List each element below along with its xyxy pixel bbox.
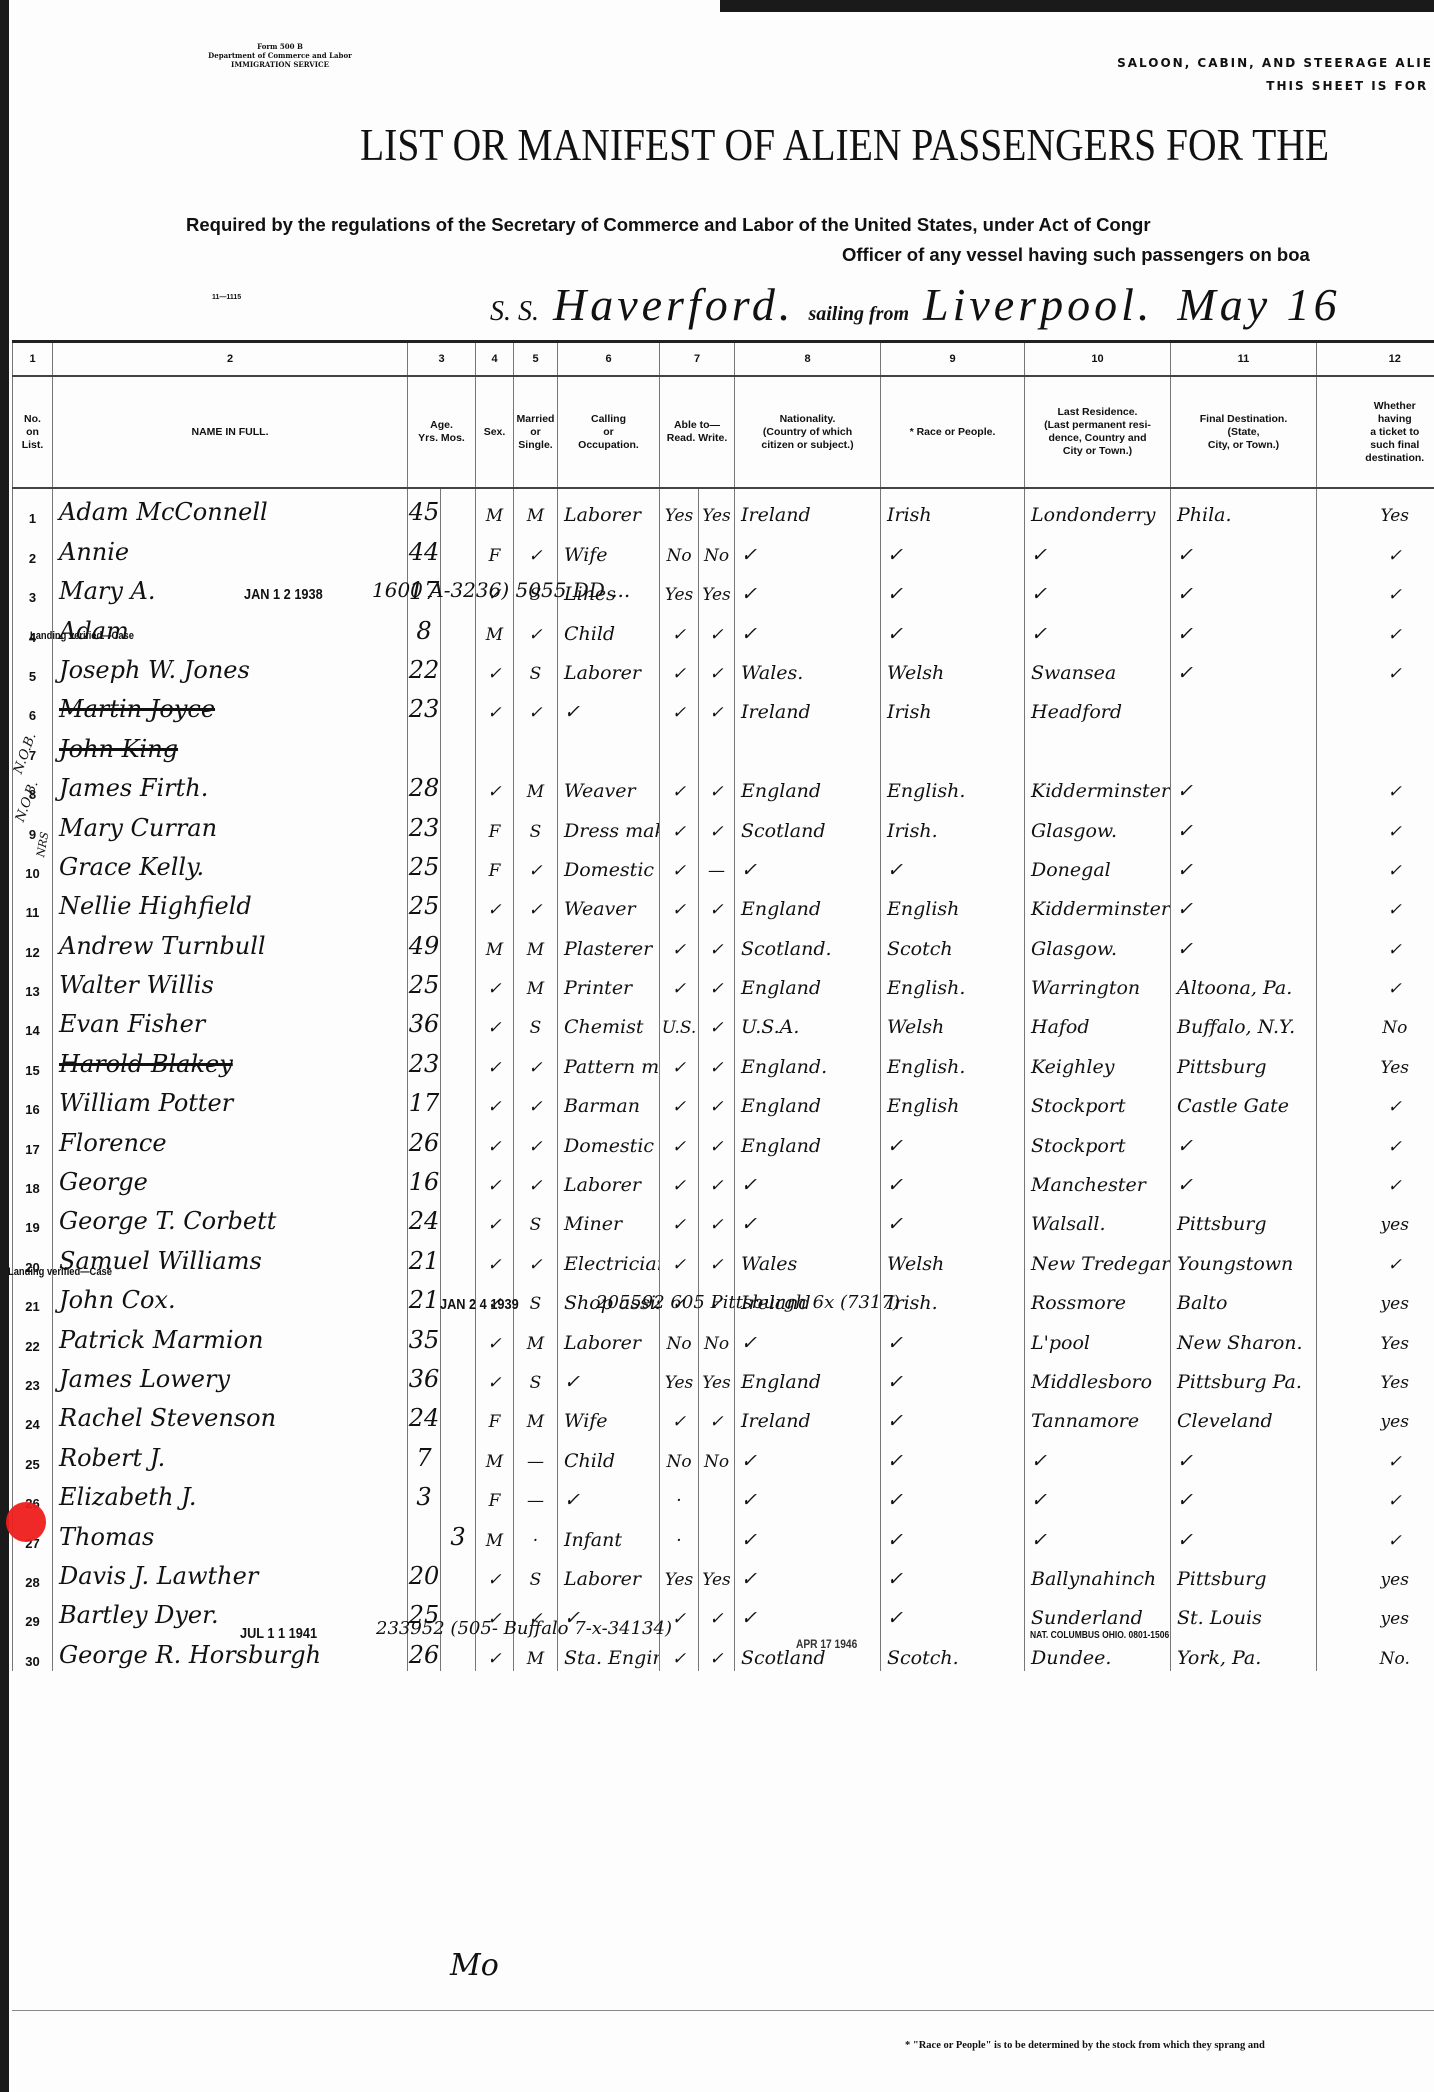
cell-occupation: Printer [558,962,660,1001]
column-header-12: Whetherhavinga ticket tosuch finaldestin… [1317,376,1434,488]
cell-ticket: ✓ [1317,962,1434,1001]
cell-age: 7 [408,1434,441,1473]
cell-age: 21 [408,1277,441,1316]
cell-residence: Hafod [1025,1001,1171,1040]
table-row: 19George T. Corbett24✓SMiner✓✓✓✓Walsall.… [13,1198,1434,1237]
departure-port: Liverpool. [923,279,1153,330]
column-number-6: 6 [558,342,660,377]
column-number-3: 3 [408,342,476,377]
date-stamp-1938: JAN 1 2 1938 [244,586,323,603]
cell-sex: ✓ [476,1356,514,1395]
cell-married: S [514,1001,558,1040]
cell-write: ✓ [699,1159,735,1198]
table-row: 10Grace Kelly.25F✓Domestic✓—✓✓Donegal✓✓ [13,844,1434,883]
cell-nationality: ✓ [735,1592,881,1631]
regulation-text: Required by the regulations of the Secre… [186,214,1151,236]
cell-race: Scotch. [881,1631,1025,1670]
cell-name: James Firth. [53,765,408,804]
cell-ticket: ✓ [1317,647,1434,686]
cell-married: — [514,1474,558,1513]
naturalization-note: NAT. COLUMBUS OHIO. 0801-1506 [1030,1630,1169,1641]
column-header-line: Final Destination. [1171,413,1316,426]
cell-mos [441,607,476,646]
cell-write: Yes [699,1553,735,1592]
column-header-line: No. [13,413,52,426]
cell-race: Irish [881,686,1025,725]
cell-occupation: ✓ [558,1474,660,1513]
column-header-line: (Country of which [735,426,880,439]
cell-name: George R. Horsburgh [53,1631,408,1670]
cell-no: 25 [13,1434,53,1473]
cell-age: 25 [408,962,441,1001]
cell-age: 49 [408,922,441,961]
cell-occupation: Laborer [558,647,660,686]
cell-name: John Cox. [53,1277,408,1316]
cell-mos [441,844,476,883]
column-header-6: CallingorOccupation. [558,376,660,488]
table-row: 15Harold Blakey23✓✓Pattern maker✓✓Englan… [13,1040,1434,1079]
cell-mos [441,765,476,804]
cell-nationality: ✓ [735,1474,881,1513]
cell-race: ✓ [881,607,1025,646]
cell-mos [441,1119,476,1158]
cell-name: Elizabeth J. [53,1474,408,1513]
cell-nationality [735,725,881,764]
cell-married: ✓ [514,1040,558,1079]
cell-destination: ✓ [1171,568,1317,607]
cell-no: 30 [13,1631,53,1670]
cell-race: ✓ [881,528,1025,567]
cell-no: 17 [13,1119,53,1158]
cell-read: No [660,1316,699,1355]
cell-ticket: ✓ [1317,844,1434,883]
table-row: 20Samuel Williams21✓✓Electrician✓✓WalesW… [13,1237,1434,1276]
cell-name: Annie [53,528,408,567]
cell-mos [441,1198,476,1237]
cell-sex: ✓ [476,1040,514,1079]
column-number-9: 9 [881,342,1025,377]
cell-destination: Pittsburg [1171,1040,1317,1079]
cell-write [699,725,735,764]
cell-married: ✓ [514,528,558,567]
cell-no: 13 [13,962,53,1001]
cell-write: ✓ [699,1080,735,1119]
cell-ticket: ✓ [1317,922,1434,961]
cell-read: ✓ [660,765,699,804]
cell-nationality: U.S.A. [735,1001,881,1040]
cell-race: ✓ [881,1592,1025,1631]
cell-write: No [699,528,735,567]
cell-ticket: ✓ [1317,607,1434,646]
cell-no: 21 [13,1277,53,1316]
cell-sex: ✓ [476,1316,514,1355]
cell-destination: Cleveland [1171,1395,1317,1434]
cell-ticket [1317,725,1434,764]
cell-married: M [514,1395,558,1434]
cell-residence: ✓ [1025,1513,1171,1552]
cell-destination: Pittsburg Pa. [1171,1356,1317,1395]
cell-occupation: Wife [558,1395,660,1434]
cell-residence: Manchester [1025,1159,1171,1198]
footnote: * "Race or People" is to be determined b… [905,2040,1265,2051]
column-header-line: Occupation. [558,439,659,452]
cell-race: ✓ [881,1434,1025,1473]
cell-age: 3 [408,1474,441,1513]
cell-ticket [1317,686,1434,725]
column-header-line: or [514,426,557,439]
cell-race: ✓ [881,1119,1025,1158]
cell-nationality: ✓ [735,528,881,567]
cell-write: ✓ [699,765,735,804]
column-header-1: No.onList. [13,376,53,488]
cell-age: 8 [408,607,441,646]
cell-age: 23 [408,804,441,843]
cell-occupation: Barman [558,1080,660,1119]
cell-write: Yes [699,1356,735,1395]
cell-no: 2 [13,528,53,567]
cell-destination: Altoona, Pa. [1171,962,1317,1001]
table-row: 22Patrick Marmion35✓MLaborerNoNo✓✓L'pool… [13,1316,1434,1355]
column-header-line: Calling [558,413,659,426]
cell-name: Grace Kelly. [53,844,408,883]
cell-read: ✓ [660,1040,699,1079]
column-label-row: No.onList.NAME IN FULL.Age.Yrs. Mos.Sex.… [13,376,1434,488]
cell-residence: ✓ [1025,1434,1171,1473]
cell-mos [441,1237,476,1276]
cell-destination: Pittsburg [1171,1553,1317,1592]
cell-name: Joseph W. Jones [53,647,408,686]
cell-age: 20 [408,1553,441,1592]
cell-no: 19 [13,1198,53,1237]
cell-married: ✓ [514,1080,558,1119]
cell-name: Evan Fisher [53,1001,408,1040]
cell-ticket: ✓ [1317,1159,1434,1198]
cell-name: Davis J. Lawther [53,1553,408,1592]
column-header-line: dence, Country and [1025,432,1170,445]
cell-residence: Walsall. [1025,1198,1171,1237]
cell-sex: ✓ [476,1159,514,1198]
cell-ticket: ✓ [1317,1434,1434,1473]
cell-no: 28 [13,1553,53,1592]
passenger-rows: 1Adam McConnell45MMLaborerYesYesIrelandI… [13,488,1434,1671]
form-number: Form 500 B [180,42,380,51]
date-stamp-1946: APR 17 1946 [796,1637,857,1651]
cell-read: ✓ [660,804,699,843]
cell-destination: York, Pa. [1171,1631,1317,1670]
table-row: 3Mary A.17✓SLinesYesYes✓✓✓✓✓ [13,568,1434,607]
cell-name: John King [53,725,408,764]
cell-residence: Ballynahinch [1025,1553,1171,1592]
cell-write: No [699,1434,735,1473]
cell-nationality: England [735,962,881,1001]
column-number-4: 4 [476,342,514,377]
cell-occupation: Chemist [558,1001,660,1040]
cell-no: 5 [13,647,53,686]
cell-age: 45 [408,488,441,528]
cell-read: Yes [660,488,699,528]
cell-residence: ✓ [1025,568,1171,607]
cell-nationality: ✓ [735,844,881,883]
cell-occupation: Weaver [558,765,660,804]
cell-name: Mary Curran [53,804,408,843]
cell-age: 24 [408,1395,441,1434]
cell-ticket: ✓ [1317,568,1434,607]
cell-race: Welsh [881,647,1025,686]
cell-name: Andrew Turnbull [53,922,408,961]
cell-nationality: ✓ [735,1434,881,1473]
cell-age [408,1513,441,1552]
cell-age [408,725,441,764]
cell-married: ✓ [514,883,558,922]
cell-sex: ✓ [476,1001,514,1040]
cell-occupation: Wife [558,528,660,567]
cell-read [660,725,699,764]
cell-occupation: Laborer [558,1159,660,1198]
cell-ticket: yes [1317,1277,1434,1316]
column-number-7: 7 [660,342,735,377]
cell-married: — [514,1434,558,1473]
cell-sex: ✓ [476,1237,514,1276]
column-header-line: Married [514,413,557,426]
landing-stamp-1: Landing verified—Case [30,630,134,642]
cell-destination: Castle Gate [1171,1080,1317,1119]
cell-nationality: Ireland [735,488,881,528]
cell-destination: Pittsburg [1171,1198,1317,1237]
cell-mos: 3 [441,1513,476,1552]
cell-write: ✓ [699,607,735,646]
cell-nationality: Ireland [735,686,881,725]
cell-ticket: yes [1317,1395,1434,1434]
cell-ticket: ✓ [1317,765,1434,804]
ship-name: Haverford. [553,279,794,330]
column-header-8: Nationality.(Country of whichcitizen or … [735,376,881,488]
column-header-line: (State, [1171,426,1316,439]
cell-read: ✓ [660,1198,699,1237]
column-header-line: Single. [514,439,557,452]
cell-nationality: ✓ [735,1198,881,1237]
table-row: 23James Lowery36✓S✓YesYesEngland✓Middles… [13,1356,1434,1395]
cell-race: ✓ [881,568,1025,607]
cell-race: Welsh [881,1237,1025,1276]
table-row: 24Rachel Stevenson24FMWife✓✓Ireland✓Tann… [13,1395,1434,1434]
column-header-line: Age. [408,419,475,432]
cell-write: ✓ [699,804,735,843]
cell-read: ✓ [660,1237,699,1276]
cell-no: 1 [13,488,53,528]
page-binding-edge [0,0,9,2092]
cell-write: No [699,1316,735,1355]
cell-age: 21 [408,1237,441,1276]
cell-write [699,1513,735,1552]
cell-destination: ✓ [1171,844,1317,883]
column-header-line: Nationality. [735,413,880,426]
cell-read: No [660,528,699,567]
cell-read: ✓ [660,1119,699,1158]
cell-mos [441,1356,476,1395]
page-top-edge [720,0,1434,12]
cell-name: Nellie Highfield [53,883,408,922]
cell-write: ✓ [699,922,735,961]
page-title: LIST OR MANIFEST OF ALIEN PASSENGERS FOR… [360,118,1329,171]
cell-sex: ✓ [476,1553,514,1592]
cell-sex: M [476,607,514,646]
cell-write: Yes [699,488,735,528]
cell-nationality: ✓ [735,1316,881,1355]
cell-age: 26 [408,1119,441,1158]
cell-read: ✓ [660,1395,699,1434]
cell-no: 18 [13,1159,53,1198]
cell-occupation: Plasterer [558,922,660,961]
cell-residence: L'pool [1025,1316,1171,1355]
cell-no: 23 [13,1356,53,1395]
cell-residence: Headford [1025,686,1171,725]
date-stamp-1939: JAN 2 4 1939 [440,1296,519,1313]
cell-ticket: ✓ [1317,1237,1434,1276]
landing-stamp-2: Landing verified—Case [8,1266,112,1278]
cell-name: William Potter [53,1080,408,1119]
cell-nationality: England [735,765,881,804]
cell-read: Yes [660,1356,699,1395]
cell-destination: ✓ [1171,1513,1317,1552]
cell-occupation: Pattern maker [558,1040,660,1079]
cell-write: — [699,844,735,883]
cell-write: ✓ [699,647,735,686]
cell-read: ✓ [660,883,699,922]
cell-read: ✓ [660,922,699,961]
cell-ticket: Yes [1317,488,1434,528]
sailing-from-label: sailing from [808,303,909,325]
table-row: 26Elizabeth J.3F—✓·✓✓✓✓✓ [13,1474,1434,1513]
cell-ticket: Yes [1317,1316,1434,1355]
cell-name: George T. Corbett [53,1198,408,1237]
case-note-2: 205592 605 Pittsburgh 6x (7317) [596,1292,900,1313]
cell-race: English [881,1080,1025,1119]
cell-name: Mary A. [53,568,408,607]
column-number-2: 2 [53,342,408,377]
column-header-line: (Last permanent resi- [1025,419,1170,432]
table-row: 12Andrew Turnbull49MMPlasterer✓✓Scotland… [13,922,1434,961]
cell-nationality: Wales. [735,647,881,686]
column-header-line: City, or Town.) [1171,439,1316,452]
cell-ticket: yes [1317,1553,1434,1592]
cell-occupation: Laborer [558,1553,660,1592]
cell-write: ✓ [699,962,735,1001]
cell-name: James Lowery [53,1356,408,1395]
column-header-line: Able to— [660,419,734,432]
cell-married: M [514,765,558,804]
record-marker-dot [6,1502,46,1542]
cell-age: 36 [408,1356,441,1395]
cell-read: ✓ [660,1080,699,1119]
sheet-class-line2: THIS SHEET IS FOR S [975,75,1434,98]
cell-destination: Buffalo, N.Y. [1171,1001,1317,1040]
cell-race: ✓ [881,1513,1025,1552]
cell-residence: Keighley [1025,1040,1171,1079]
cell-occupation: Weaver [558,883,660,922]
cell-residence: Swansea [1025,647,1171,686]
table-row: 1Adam McConnell45MMLaborerYesYesIrelandI… [13,488,1434,528]
cell-residence: ✓ [1025,607,1171,646]
cell-married: ✓ [514,844,558,883]
cell-read: ✓ [660,686,699,725]
column-header-line: Yrs. Mos. [408,432,475,445]
cell-read: ✓ [660,647,699,686]
cell-sex: ✓ [476,883,514,922]
cell-name: Harold Blakey [53,1040,408,1079]
cell-no: 12 [13,922,53,961]
column-header-9: * Race or People. [881,376,1025,488]
cell-destination: ✓ [1171,765,1317,804]
cell-name: Walter Willis [53,962,408,1001]
cell-destination: New Sharon. [1171,1316,1317,1355]
sailing-date: May 16 [1177,279,1340,330]
cell-sex: F [476,804,514,843]
bottom-mark: Mo [450,1948,499,1983]
cell-ticket: yes [1317,1198,1434,1237]
cell-write [699,1474,735,1513]
cell-race: ✓ [881,844,1025,883]
cell-read: ✓ [660,607,699,646]
cell-sex: ✓ [476,1080,514,1119]
cell-read: ✓ [660,844,699,883]
cell-no: 24 [13,1395,53,1434]
cell-occupation: Infant [558,1513,660,1552]
column-header-line: a ticket to [1317,426,1434,439]
cell-nationality: ✓ [735,1553,881,1592]
column-header-3: Age.Yrs. Mos. [408,376,476,488]
cell-race: ✓ [881,1395,1025,1434]
cell-destination: ✓ [1171,922,1317,961]
cell-occupation: Domestic [558,844,660,883]
cell-sex: ✓ [476,686,514,725]
table-row: 30George R. Horsburgh26✓MSta. Engineer✓✓… [13,1631,1434,1670]
cell-race: Scotch [881,922,1025,961]
cell-no: 11 [13,883,53,922]
form-code: 11—1115 [212,294,241,301]
cell-read: ✓ [660,962,699,1001]
cell-mos [441,1001,476,1040]
cell-write: ✓ [699,1001,735,1040]
cell-write: ✓ [699,883,735,922]
cell-married: S [514,1198,558,1237]
cell-ticket: ✓ [1317,804,1434,843]
cell-mos [441,1434,476,1473]
cell-nationality: England [735,1356,881,1395]
cell-occupation: Miner [558,1198,660,1237]
cell-race [881,725,1025,764]
cell-age: 35 [408,1316,441,1355]
cell-sex: ✓ [476,1119,514,1158]
cell-race: English. [881,962,1025,1001]
cell-occupation: Child [558,607,660,646]
cell-residence: Stockport [1025,1119,1171,1158]
cell-name: Bartley Dyer. [53,1592,408,1631]
cell-read: · [660,1474,699,1513]
officer-text: Officer of any vessel having such passen… [842,244,1310,266]
cell-married: M [514,922,558,961]
cell-destination: St. Louis [1171,1592,1317,1631]
cell-residence: Donegal [1025,844,1171,883]
cell-residence: Kidderminster [1025,765,1171,804]
cell-ticket: ✓ [1317,528,1434,567]
cell-destination [1171,686,1317,725]
cell-destination: ✓ [1171,1434,1317,1473]
cell-sex: F [476,1395,514,1434]
cell-married: ✓ [514,1119,558,1158]
cell-write: ✓ [699,1040,735,1079]
cell-mos [441,686,476,725]
cell-nationality: Ireland [735,1395,881,1434]
